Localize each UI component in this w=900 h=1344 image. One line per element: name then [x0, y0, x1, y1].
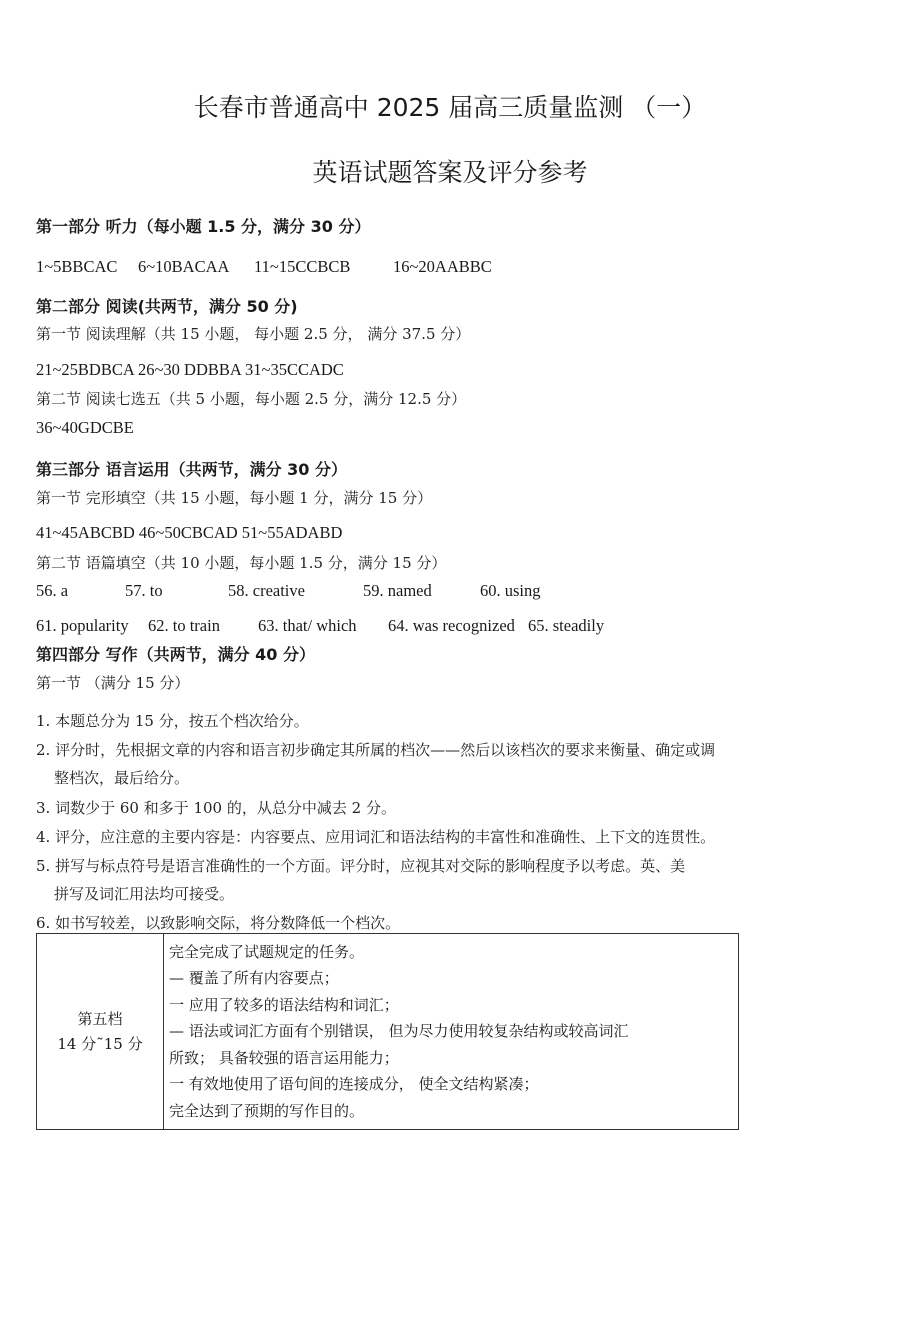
part4-section1-heading: 第一节 （满分 15 分） [36, 672, 189, 693]
part2-heading: 第二部分 阅读(共两节，满分 50 分) [36, 294, 298, 317]
fill-answer-62: 62. to train [148, 616, 220, 636]
rule-2-continued: 整档次，最后给分。 [54, 767, 189, 788]
rule-5: 5. 拼写与标点符号是语言准确性的一个方面。评分时，应视其对交际的影响程度予以考… [36, 855, 685, 876]
rule-1: 1. 本题总分为 15 分，按五个档次给分。 [36, 710, 309, 731]
fill-answer-64: 64. was recognized [388, 616, 515, 636]
grade-level-cell: 第五档 14 分˜15 分 [37, 934, 164, 1130]
grade-desc-line: — 语法或词汇方面有个别错误， 但为尽力使用较复杂结构或较高词汇 [169, 1018, 734, 1045]
rule-3: 3. 词数少于 60 和多于 100 的，从总分中减去 2 分。 [36, 797, 396, 818]
grade-desc-line: 完全完成了试题规定的任务。 [169, 939, 734, 966]
rule-6: 6. 如书写较差，以致影响交际，将分数降低一个档次。 [36, 912, 400, 933]
fill-answer-57: 57. to [125, 581, 163, 601]
part3-heading: 第三部分 语言运用（共两节，满分 30 分） [36, 457, 347, 480]
grade-desc-line: 一 应用了较多的语法结构和词汇； [169, 992, 734, 1019]
part3-section2-heading: 第二节 语篇填空（共 10 小题，每小题 1.5 分，满分 15 分） [36, 552, 446, 573]
part2-section2-heading: 第二节 阅读七选五（共 5 小题，每小题 2.5 分，满分 12.5 分） [36, 388, 466, 409]
part1-answers-6-10: 6~10BACAA [138, 257, 229, 277]
grade-table: 第五档 14 分˜15 分 完全完成了试题规定的任务。 — 覆盖了所有内容要点；… [36, 933, 739, 1130]
part1-answers-16-20: 16~20AABBC [393, 257, 492, 277]
grade-desc-line: — 覆盖了所有内容要点； [169, 965, 734, 992]
grade-level-range: 14 分˜15 分 [38, 1032, 162, 1057]
grade-description-cell: 完全完成了试题规定的任务。 — 覆盖了所有内容要点； 一 应用了较多的语法结构和… [164, 934, 739, 1130]
rule-4: 4. 评分，应注意的主要内容是：内容要点、应用词汇和语法结构的丰富性和准确性、上… [36, 826, 715, 847]
part1-answers-11-15: 11~15CCBCB [254, 257, 350, 277]
part3-section1-answers: 41~45ABCBD 46~50CBCAD 51~55ADABD [36, 523, 342, 543]
fill-answer-60: 60. using [480, 581, 541, 601]
fill-answer-56: 56. a [36, 581, 68, 601]
grade-desc-line: 完全达到了预期的写作目的。 [169, 1098, 734, 1125]
document-title: 长春市普通高中 2025 届高三质量监测 （一） [0, 88, 900, 124]
fill-answer-58: 58. creative [228, 581, 305, 601]
fill-answer-63: 63. that/ which [258, 616, 357, 636]
fill-answer-61: 61. popularity [36, 616, 129, 636]
part2-section2-answers: 36~40GDCBE [36, 418, 134, 438]
part1-answers-1-5: 1~5BBCAC [36, 257, 117, 277]
part2-section1-answers: 21~25BDBCA 26~30 DDBBA 31~35CCADC [36, 360, 344, 380]
grade-desc-line: 所致； 具备较强的语言运用能力； [169, 1045, 734, 1072]
rule-5-continued: 拼写及词汇用法均可接受。 [54, 883, 234, 904]
part3-section1-heading: 第一节 完形填空（共 15 小题，每小题 1 分，满分 15 分） [36, 487, 432, 508]
part4-heading: 第四部分 写作（共两节，满分 40 分） [36, 642, 315, 665]
part2-section1-heading: 第一节 阅读理解（共 15 小题， 每小题 2.5 分， 满分 37.5 分） [36, 323, 470, 344]
grade-row-level5: 第五档 14 分˜15 分 完全完成了试题规定的任务。 — 覆盖了所有内容要点；… [37, 934, 739, 1130]
grade-desc-line: 一 有效地使用了语句间的连接成分， 使全文结构紧凑； [169, 1071, 734, 1098]
grade-level-name: 第五档 [38, 1007, 162, 1032]
fill-answer-65: 65. steadily [528, 616, 604, 636]
fill-answer-59: 59. named [363, 581, 432, 601]
part1-heading: 第一部分 听力（每小题 1.5 分，满分 30 分） [36, 214, 370, 237]
document-subtitle: 英语试题答案及评分参考 [0, 153, 900, 189]
rule-2: 2. 评分时，先根据文章的内容和语言初步确定其所属的档次——然后以该档次的要求来… [36, 739, 715, 760]
